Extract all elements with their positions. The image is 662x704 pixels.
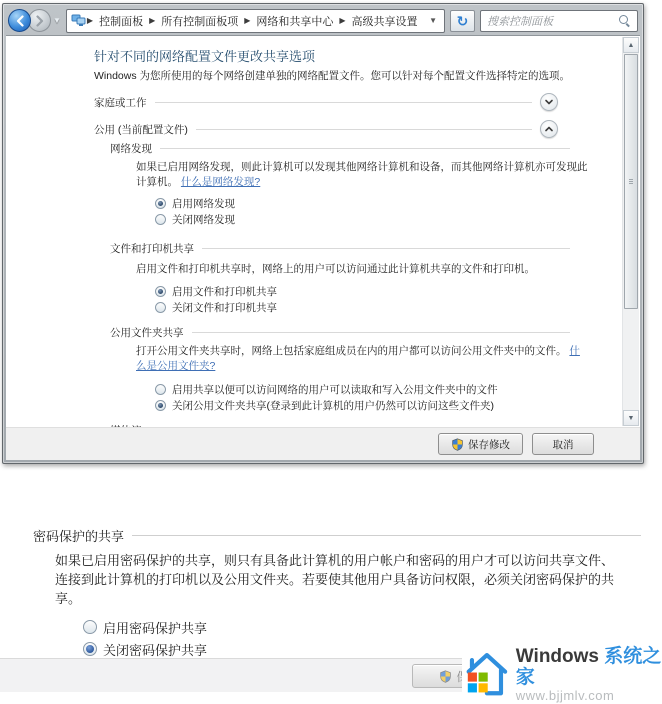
profile-row-public: 公用 (当前配置文件) xyxy=(94,119,558,139)
profile-label: 家庭或工作 xyxy=(94,95,147,110)
network-icon xyxy=(71,14,86,27)
option-label[interactable]: 关闭密码保护共享 xyxy=(103,640,207,659)
history-dropdown-icon[interactable]: ▼ xyxy=(53,16,61,25)
option-label[interactable]: 关闭网络发现 xyxy=(172,212,235,227)
divider xyxy=(160,148,570,149)
section-desc: 打开公用文件夹共享时，网络上包括家庭组成员在内的用户都可以访问公用文件夹中的文件… xyxy=(136,344,588,374)
uac-shield-icon xyxy=(439,670,452,683)
divider xyxy=(202,248,570,249)
option-label[interactable]: 启用共享以便可以访问网络的用户可以读取和写入公用文件夹中的文件 xyxy=(172,382,498,397)
breadcrumb-all-items[interactable]: 所有控制面板项 xyxy=(156,12,243,30)
search-icon[interactable] xyxy=(618,14,631,27)
section-title: 公用文件夹共享 xyxy=(110,325,184,340)
radio-disable-password-sharing[interactable] xyxy=(83,642,97,656)
page-intro: Windows 为您所使用的每个网络创建单独的网络配置文件。您可以针对每个配置文… xyxy=(94,69,586,83)
search-placeholder: 搜索控制面板 xyxy=(487,13,618,29)
house-windows-logo-icon xyxy=(462,647,512,703)
uac-shield-icon xyxy=(451,438,464,451)
radio-enable-file-printer-sharing[interactable] xyxy=(155,286,166,297)
explorer-window: ▼ ▶ 控制面板 ▶ 所有控制面板项 ▶ 网络和共享中心 ▶ 高级共享设置 ▼ … xyxy=(2,3,644,464)
option-row: 启用文件和打印机共享 xyxy=(155,284,277,298)
site-watermark: Windows 系统之家 www.bjjmlv.com xyxy=(462,646,662,704)
refresh-button[interactable]: ↻ xyxy=(450,10,475,32)
option-label[interactable]: 关闭文件和打印机共享 xyxy=(172,300,277,315)
back-button[interactable] xyxy=(8,9,31,32)
radio-disable-public-folder-sharing[interactable] xyxy=(155,400,166,411)
section-public-folder-sharing: 公用文件夹共享 xyxy=(110,324,578,340)
brand-en: Windows xyxy=(516,646,599,667)
page-title: 针对不同的网络配置文件更改共享选项 xyxy=(94,46,315,65)
breadcrumb-advanced-sharing[interactable]: 高级共享设置 xyxy=(347,12,423,30)
save-changes-button[interactable]: 保存修改 xyxy=(438,433,523,455)
password-sharing-desc: 如果已启用密码保护的共享，则只有具备此计算机的用户帐户和密码的用户才可以访问共享… xyxy=(55,551,621,608)
radio-disable-file-printer-sharing[interactable] xyxy=(155,302,166,313)
options-public-folder: 启用共享以便可以访问网络的用户可以读取和写入公用文件夹中的文件 关闭公用文件夹共… xyxy=(155,382,498,412)
options-network-discovery: 启用网络发现 关闭网络发现 xyxy=(155,196,235,226)
option-row: 关闭公用文件夹共享(登录到此计算机的用户仍然可以访问这些文件夹) xyxy=(155,398,498,412)
section-network-discovery: 网络发现 xyxy=(110,140,578,156)
nav-buttons: ▼ xyxy=(8,9,61,32)
scrollbar-thumb[interactable] xyxy=(624,54,638,309)
collapse-button[interactable] xyxy=(540,120,558,138)
option-label[interactable]: 启用密码保护共享 xyxy=(103,618,207,637)
cancel-button[interactable]: 取消 xyxy=(532,433,594,455)
expand-button[interactable] xyxy=(540,93,558,111)
option-row: 关闭密码保护共享 xyxy=(83,640,207,658)
breadcrumb-separator: ▶ xyxy=(86,16,94,25)
option-row: 启用共享以便可以访问网络的用户可以读取和写入公用文件夹中的文件 xyxy=(155,382,498,396)
address-dropdown-icon[interactable]: ▼ xyxy=(426,16,440,25)
save-changes-label: 保存修改 xyxy=(468,437,510,452)
section-password-protected-sharing: 密码保护的共享 xyxy=(33,526,649,545)
cancel-label: 取消 xyxy=(553,437,574,452)
section-title: 文件和打印机共享 xyxy=(110,241,194,256)
option-row: 启用网络发现 xyxy=(155,196,235,210)
section-desc: 如果已启用网络发现，则此计算机可以发现其他网络计算机和设备，而其他网络计算机亦可… xyxy=(136,160,588,190)
options-file-printer: 启用文件和打印机共享 关闭文件和打印机共享 xyxy=(155,284,277,314)
navigation-toolbar: ▼ ▶ 控制面板 ▶ 所有控制面板项 ▶ 网络和共享中心 ▶ 高级共享设置 ▼ … xyxy=(6,7,640,34)
divider xyxy=(155,102,533,103)
forward-arrow-icon xyxy=(34,15,46,27)
search-box[interactable]: 搜索控制面板 xyxy=(480,10,638,32)
option-label[interactable]: 关闭公用文件夹共享(登录到此计算机的用户仍然可以访问这些文件夹) xyxy=(172,398,494,413)
address-bar[interactable]: ▶ 控制面板 ▶ 所有控制面板项 ▶ 网络和共享中心 ▶ 高级共享设置 ▼ xyxy=(66,9,445,33)
desc-text: 启用文件和打印机共享时，网络上的用户可以访问通过此计算机共享的文件和打印机。 xyxy=(136,263,535,275)
radio-enable-public-folder-sharing[interactable] xyxy=(155,384,166,395)
option-label[interactable]: 启用文件和打印机共享 xyxy=(172,284,277,299)
scroll-down-button[interactable]: ▼ xyxy=(623,410,639,426)
option-row: 关闭文件和打印机共享 xyxy=(155,300,277,314)
back-arrow-icon xyxy=(14,15,26,27)
radio-disable-network-discovery[interactable] xyxy=(155,214,166,225)
help-link-network-discovery[interactable]: 什么是网络发现? xyxy=(181,176,260,188)
divider xyxy=(192,332,571,333)
section-title: 网络发现 xyxy=(110,141,152,156)
section-file-printer-sharing: 文件和打印机共享 xyxy=(110,240,578,256)
chevron-down-icon xyxy=(544,97,554,107)
option-label[interactable]: 启用网络发现 xyxy=(172,196,235,211)
radio-enable-network-discovery[interactable] xyxy=(155,198,166,209)
breadcrumb-separator: ▶ xyxy=(148,16,156,25)
scroll-up-button[interactable]: ▲ xyxy=(623,37,639,53)
breadcrumb-network-sharing-center[interactable]: 网络和共享中心 xyxy=(251,12,338,30)
profile-label: 公用 (当前配置文件) xyxy=(94,122,188,137)
watermark-text: Windows 系统之家 www.bjjmlv.com xyxy=(516,647,662,703)
breadcrumb-separator: ▶ xyxy=(338,16,346,25)
option-row: 关闭网络发现 xyxy=(155,212,235,226)
window-content: 针对不同的网络配置文件更改共享选项 Windows 为您所使用的每个网络创建单独… xyxy=(6,35,640,460)
chevron-up-icon xyxy=(544,124,554,134)
forward-button[interactable] xyxy=(28,9,51,32)
button-panel: 保存修改 取消 xyxy=(6,427,640,460)
radio-enable-password-sharing[interactable] xyxy=(83,620,97,634)
scrollbar-grip xyxy=(629,179,633,185)
divider xyxy=(196,129,532,130)
profile-row-home-work: 家庭或工作 xyxy=(94,92,558,112)
section-desc: 启用文件和打印机共享时，网络上的用户可以访问通过此计算机共享的文件和打印机。 xyxy=(136,262,588,277)
options-password-sharing: 启用密码保护共享 关闭密码保护共享 xyxy=(83,618,207,658)
watermark-url: www.bjjmlv.com xyxy=(516,689,662,703)
breadcrumb-control-panel[interactable]: 控制面板 xyxy=(94,12,148,30)
breadcrumb-separator: ▶ xyxy=(243,16,251,25)
section-title: 密码保护的共享 xyxy=(33,526,124,545)
divider xyxy=(132,535,641,536)
desc-text: 打开公用文件夹共享时，网络上包括家庭组成员在内的用户都可以访问公用文件夹中的文件… xyxy=(136,345,567,357)
vertical-scrollbar[interactable]: ▲ ▼ xyxy=(622,37,639,426)
option-row: 启用密码保护共享 xyxy=(83,618,207,636)
